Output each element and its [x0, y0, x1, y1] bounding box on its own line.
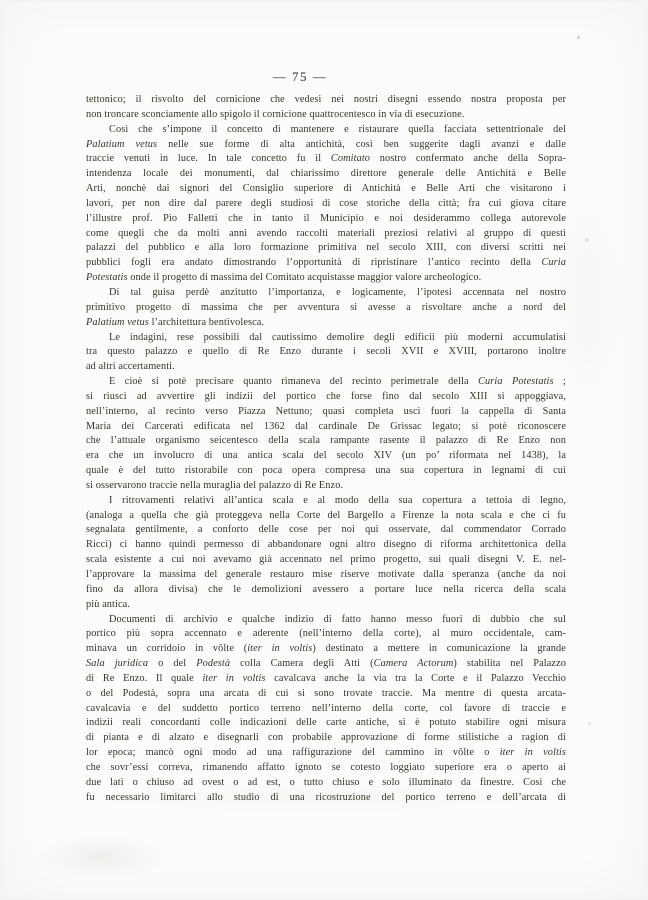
text-segment: primitivo progetto di massima che per av… [86, 302, 566, 313]
text-segment: ) stabilita nel Palazzo [453, 658, 566, 669]
text-segment: fu necessario limitarci allo studio di u… [86, 792, 566, 803]
italic-text-segment: Podestà [196, 658, 230, 669]
text-segment: colla Camera degli Atti ( [230, 658, 374, 669]
text-segment: (analoga a quella che già proteggeva nel… [86, 510, 566, 521]
text-line: l’illustre prof. Pio Falletti che in tan… [86, 212, 566, 227]
text-line: Palatium vetus l’architettura bentivoles… [86, 316, 566, 331]
text-line: si osservarono traccie nella muraglia de… [86, 479, 566, 494]
text-line: Così che s’impone il concetto di mantene… [86, 123, 566, 138]
text-segment: di pianta e di alzato e disegnarli con p… [86, 732, 566, 743]
italic-text-segment: Potestatis [86, 272, 128, 283]
text-segment: si riuscì ad avvertire gli indizii del p… [86, 391, 566, 402]
text-segment: l’architettura bentivolesca. [149, 317, 264, 328]
text-line: due lati o chiuso ad ovest o ad est, o t… [86, 776, 566, 791]
text-line: tra questo palazzo e quello di Re Enzo d… [86, 345, 566, 360]
text-segment: Arti, nonchè dai signori del Consiglio s… [86, 183, 566, 194]
scanned-page: — 75 — tettonico; il risvolto del cornic… [0, 0, 648, 900]
text-segment: si osservarono traccie nella muraglia de… [86, 480, 343, 491]
text-segment: due lati o chiuso ad ovest o ad est, o t… [86, 777, 566, 788]
text-line: indizii reali concordanti colle indicazi… [86, 716, 566, 731]
text-segment: Di tal guisa perdè anzitutto l’importanz… [109, 287, 566, 298]
text-line: l’approvare la massima del generale rest… [86, 568, 566, 583]
italic-text-segment: iter in voltis [500, 747, 566, 758]
text-line: Sala juridica o del Podestà colla Camera… [86, 657, 566, 672]
text-line: di pianta e di alzato e disegnarli con p… [86, 731, 566, 746]
text-segment: che l’attuale organismo seicentesco dell… [86, 435, 566, 446]
text-segment: traccie venuti in luce. In tale concetto… [86, 153, 331, 164]
text-segment: ad altri accertamenti. [86, 361, 175, 372]
text-segment: minava un corridoio in vôlte ( [86, 643, 247, 654]
text-line: Di tal guisa perdè anzitutto l’importanz… [86, 286, 566, 301]
text-segment: l’illustre prof. Pio Falletti che in tan… [86, 213, 566, 224]
scan-speck-icon [577, 36, 580, 39]
text-segment: ; [554, 376, 566, 387]
text-segment: Le indagini, rese possibili dal cautissi… [109, 332, 566, 343]
text-segment: più antica. [86, 599, 130, 610]
text-segment: che sovr’essi correva, rimanendo affatto… [86, 762, 566, 773]
scan-speck-icon [588, 722, 591, 725]
text-line: era che un involucro di una antica scala… [86, 449, 566, 464]
text-line: Maria dei Carcerati edificata nel 1362 d… [86, 420, 566, 435]
text-segment: nostro confermato anche della Sopra- [370, 153, 566, 164]
text-column: tettonico; il risvolto del cornicione ch… [86, 93, 566, 806]
italic-text-segment: Camera Actorum [374, 658, 454, 669]
text-line: segnalata gentilmente, a conforto delle … [86, 523, 566, 538]
text-segment: l’approvare la massima del generale rest… [86, 569, 566, 580]
text-segment: lor epoca; mancò ogni modo ad una raffig… [86, 747, 500, 758]
text-segment: intendenza locale dei monumenti, dal chi… [86, 168, 566, 179]
text-segment: come quegli che da molti anni avendo rac… [86, 228, 566, 239]
text-segment: palazzi del pubblico e alla loro formazi… [86, 242, 566, 253]
text-segment: nell’interno, al recinto verso Piazza Ne… [86, 406, 566, 417]
italic-text-segment: Curia [541, 257, 566, 268]
text-line: non troncare sconciamente allo spigolo i… [86, 108, 566, 123]
text-line: fu necessario limitarci allo studio di u… [86, 791, 566, 806]
text-segment: scala esistente a cui noi avevamo già ac… [86, 554, 566, 565]
text-line: pubblici fogli era andato dimostrando l’… [86, 256, 566, 271]
text-segment: Maria dei Carcerati edificata nel 1362 d… [86, 421, 566, 432]
text-line: Le indagini, rese possibili dal cautissi… [86, 331, 566, 346]
text-segment: Documenti di archivio e qualche indizio … [109, 614, 566, 625]
text-segment: indizii reali concordanti colle indicazi… [86, 717, 566, 728]
text-segment: era che un involucro di una antica scala… [86, 450, 566, 461]
italic-text-segment: Curia Potestatis [478, 376, 554, 387]
text-line: che l’attuale organismo seicentesco dell… [86, 434, 566, 449]
text-line: minava un corridoio in vôlte (iter in vo… [86, 642, 566, 657]
text-line: Arti, nonchè dai signori del Consiglio s… [86, 182, 566, 197]
text-line: Documenti di archivio e qualche indizio … [86, 613, 566, 628]
text-line: nell’interno, al recinto verso Piazza Ne… [86, 405, 566, 420]
text-segment: fino da allora divisa) che le demolizion… [86, 584, 566, 595]
text-segment: lavori, per non dire dal parere degli st… [86, 198, 566, 209]
text-line: si riuscì ad avvertire gli indizii del p… [86, 390, 566, 405]
text-line: più antica. [86, 598, 566, 613]
text-segment: pubblici fogli era andato dimostrando l’… [86, 257, 541, 268]
text-segment: segnalata gentilmente, a conforto delle … [86, 524, 566, 535]
text-line: Potestatis onde il progetto di massima d… [86, 271, 566, 286]
text-line: lor epoca; mancò ogni modo ad una raffig… [86, 746, 566, 761]
text-line: o del Podestà, sopra una arcata di cui s… [86, 687, 566, 702]
text-line: scala esistente a cui noi avevamo già ac… [86, 553, 566, 568]
text-segment: onde il progetto di massima del Comitato… [128, 272, 482, 283]
text-line: traccie venuti in luce. In tale concetto… [86, 152, 566, 167]
text-line: cavalcavia e del suddetto portico terren… [86, 702, 566, 717]
text-segment: di Re Enzo. Il quale [86, 673, 202, 684]
text-segment: Così che s’impone il concetto di mantene… [109, 124, 566, 135]
scan-smudge [36, 836, 166, 878]
text-line: portico più sopra accennato e aderente (… [86, 627, 566, 642]
text-line: ad altri accertamenti. [86, 360, 566, 375]
text-line: E cioè si potè precisare quanto rimaneva… [86, 375, 566, 390]
text-segment: E cioè si potè precisare quanto rimaneva… [109, 376, 478, 387]
italic-text-segment: Comitato [331, 153, 370, 164]
text-line: Ricci) ci hanno quindi permesso di abban… [86, 538, 566, 553]
text-line: come quegli che da molti anni avendo rac… [86, 227, 566, 242]
italic-text-segment: Palatium vetus [86, 139, 157, 150]
text-segment: ) destinato a mettere in comunicazione l… [312, 643, 566, 654]
text-line: fino da allora divisa) che le demolizion… [86, 583, 566, 598]
text-line: (analoga a quella che già proteggeva nel… [86, 509, 566, 524]
text-segment: nelle sue forme di alta antichità, così … [157, 139, 566, 150]
text-segment: tettonico; il risvolto del cornicione ch… [86, 94, 566, 105]
text-segment: cavalcava anche la via tra la Corte e il… [266, 673, 566, 684]
text-segment: cavalcavia e del suddetto portico terren… [86, 703, 566, 714]
text-segment: non troncare sconciamente allo spigolo i… [86, 109, 464, 120]
italic-text-segment: Palatium vetus [86, 317, 149, 328]
italic-text-segment: Sala juridica [86, 658, 148, 669]
text-segment: I ritrovamenti relativi all’antica scala… [109, 495, 566, 506]
text-line: quale è del tutto ristorabile con poca o… [86, 464, 566, 479]
text-segment: tra questo palazzo e quello di Re Enzo d… [86, 346, 566, 357]
text-line: di Re Enzo. Il quale iter in voltis cava… [86, 672, 566, 687]
text-line: tettonico; il risvolto del cornicione ch… [86, 93, 566, 108]
text-segment: o del Podestà, sopra una arcata di cui s… [86, 688, 566, 699]
text-segment: quale è del tutto ristorabile con poca o… [86, 465, 566, 476]
italic-text-segment: iter in voltis [202, 673, 265, 684]
text-segment: portico più sopra accennato e aderente (… [86, 628, 566, 639]
text-line: palazzi del pubblico e alla loro formazi… [86, 241, 566, 256]
italic-text-segment: iter in voltis [247, 643, 312, 654]
scan-speck-icon [585, 238, 589, 242]
text-line: che sovr’essi correva, rimanendo affatto… [86, 761, 566, 776]
text-line: lavori, per non dire dal parere degli st… [86, 197, 566, 212]
text-line: I ritrovamenti relativi all’antica scala… [86, 494, 566, 509]
text-line: primitivo progetto di massima che per av… [86, 301, 566, 316]
page-number: — 75 — [60, 69, 540, 85]
text-segment: Ricci) ci hanno quindi permesso di abban… [86, 539, 566, 550]
text-line: Palatium vetus nelle sue forme di alta a… [86, 138, 566, 153]
text-line: intendenza locale dei monumenti, dal chi… [86, 167, 566, 182]
text-segment: o del [148, 658, 196, 669]
